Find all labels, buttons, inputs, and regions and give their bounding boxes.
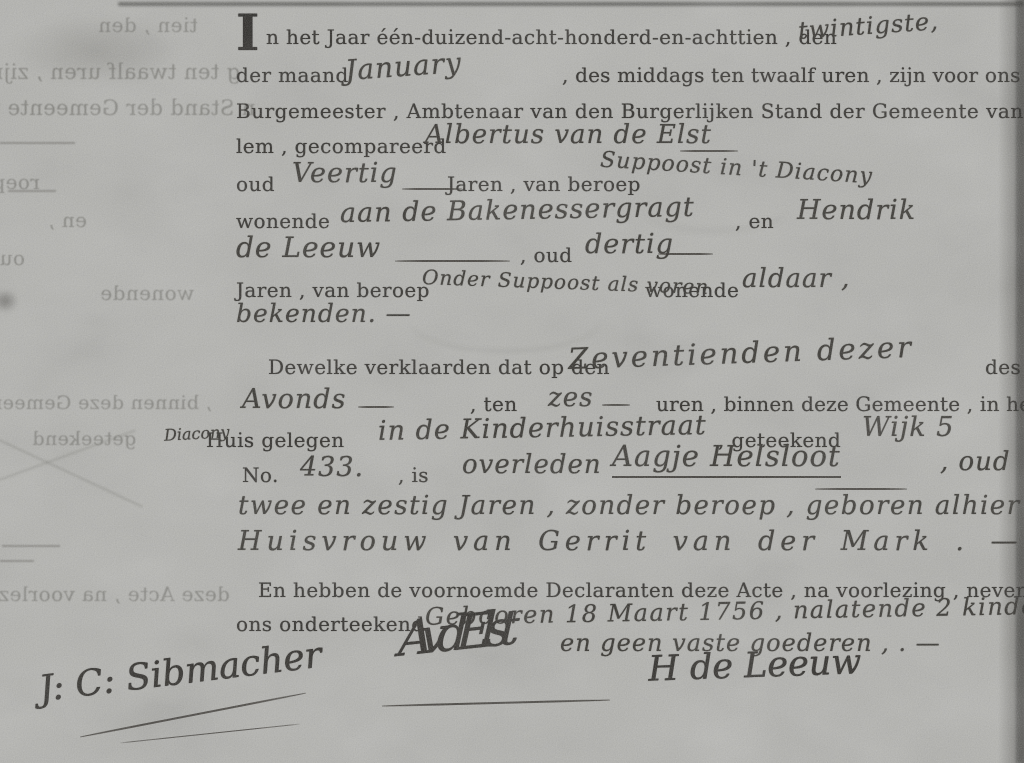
printed-time-line: , des middags ten twaalf uren , zijn voo…	[562, 63, 1021, 87]
bleedthrough-text: deze Acte , na voorlezing	[0, 582, 230, 606]
bleedthrough-text: oud	[0, 246, 25, 270]
printed-year-line: n het Jaar één-duizend-acht-honderd-en-a…	[266, 25, 837, 49]
entry-house-number: 433.	[300, 452, 364, 483]
bleedthrough-text: , binnen deze Gemeente	[0, 392, 212, 414]
paper-smudge	[0, 290, 18, 312]
pen-dash	[358, 406, 394, 408]
bleedthrough-stroke	[2, 545, 60, 547]
bleedthrough-text: wonende	[100, 281, 194, 305]
underline-extension	[815, 488, 907, 490]
printed-oud-label: oud	[236, 172, 275, 196]
entry-declarant1-age: Veertig	[292, 158, 398, 189]
bleedthrough-stroke	[0, 560, 34, 562]
entry-deceased-age-status: twee en zestig Jaren , zonder beroep , g…	[238, 491, 1024, 521]
printed-ten-label: , ten	[470, 392, 517, 416]
bleedthrough-text: tien , den	[98, 13, 198, 37]
entry-death-hour: zes	[548, 383, 593, 413]
entry-death-daypart: Avonds	[242, 384, 346, 415]
pen-dash	[602, 404, 630, 406]
bleedthrough-text: en ,	[48, 208, 87, 232]
signature-official: J: C: Sibmacher	[37, 635, 324, 710]
scan-artifact-line	[118, 2, 1024, 6]
bleedthrough-stroke	[0, 142, 75, 144]
printed-month-label: der maand	[236, 63, 349, 87]
printed-gecompareerd-label: lem , gecompareerd	[236, 134, 447, 158]
printed-wonende-label-2: wonende	[645, 278, 739, 302]
entry-wijk: Wijk 5	[862, 412, 954, 443]
entry-declarant2-surname: de Leeuw	[236, 231, 381, 264]
death-record-scan: tien , den g ten twaalf uren , zijn v n …	[0, 0, 1024, 763]
entry-bekenden: bekenden. —	[236, 299, 412, 328]
printed-wonende-label: wonende	[236, 209, 330, 233]
entry-deceased-spouse: Huisvrouw van Gerrit van der Mark . —	[238, 526, 1023, 557]
entry-declarant2-firstname: Hendrik	[797, 195, 916, 226]
printed-is-label: , is	[398, 463, 429, 487]
bleedthrough-text: g ten twaalf uren , zijn v	[0, 60, 240, 84]
printed-dewelke-line: Dewelke verklaarden dat op den	[268, 355, 610, 379]
printed-no-label: No.	[242, 463, 279, 487]
bleedthrough-text: n Stand der Gemeente va	[0, 96, 255, 120]
printed-huis-gelegen-label: Huis gelegen	[206, 428, 345, 452]
entry-month: January	[344, 46, 463, 87]
pen-dash	[395, 260, 510, 262]
entry-day-of-month: twintigste,	[797, 7, 939, 45]
pen-dash	[680, 150, 738, 152]
printed-en-label: , en	[735, 209, 774, 233]
entry-declarant1-name: Albertus van de Elst	[425, 120, 712, 150]
entry-declarant1-residence: aan de Bakenessergragt	[340, 192, 695, 229]
signature-declarant2: H de Leeuw	[647, 642, 861, 689]
entry-declarant2-residence: aldaar ,	[742, 264, 850, 294]
printed-uren-line: uren , binnen deze Gemeente , in het	[656, 392, 1024, 416]
signature-flourish	[120, 724, 299, 744]
entry-death-day: Zeventienden dezer	[568, 330, 915, 376]
page-gutter-shadow	[1016, 0, 1024, 763]
printed-oud-label-2: , oud	[520, 243, 572, 267]
drop-cap-initial: I	[236, 8, 259, 58]
bleedthrough-stroke	[8, 190, 56, 192]
entry-overleden-word: overleden	[462, 450, 602, 480]
pen-dash	[658, 253, 713, 255]
signature-declarant1-monogram: AvdElst	[397, 600, 509, 668]
entry-deceased-name: Aagje Helsloot	[612, 439, 841, 478]
signature-underline	[382, 699, 610, 707]
entry-declarant2-age: dertig	[585, 229, 674, 260]
